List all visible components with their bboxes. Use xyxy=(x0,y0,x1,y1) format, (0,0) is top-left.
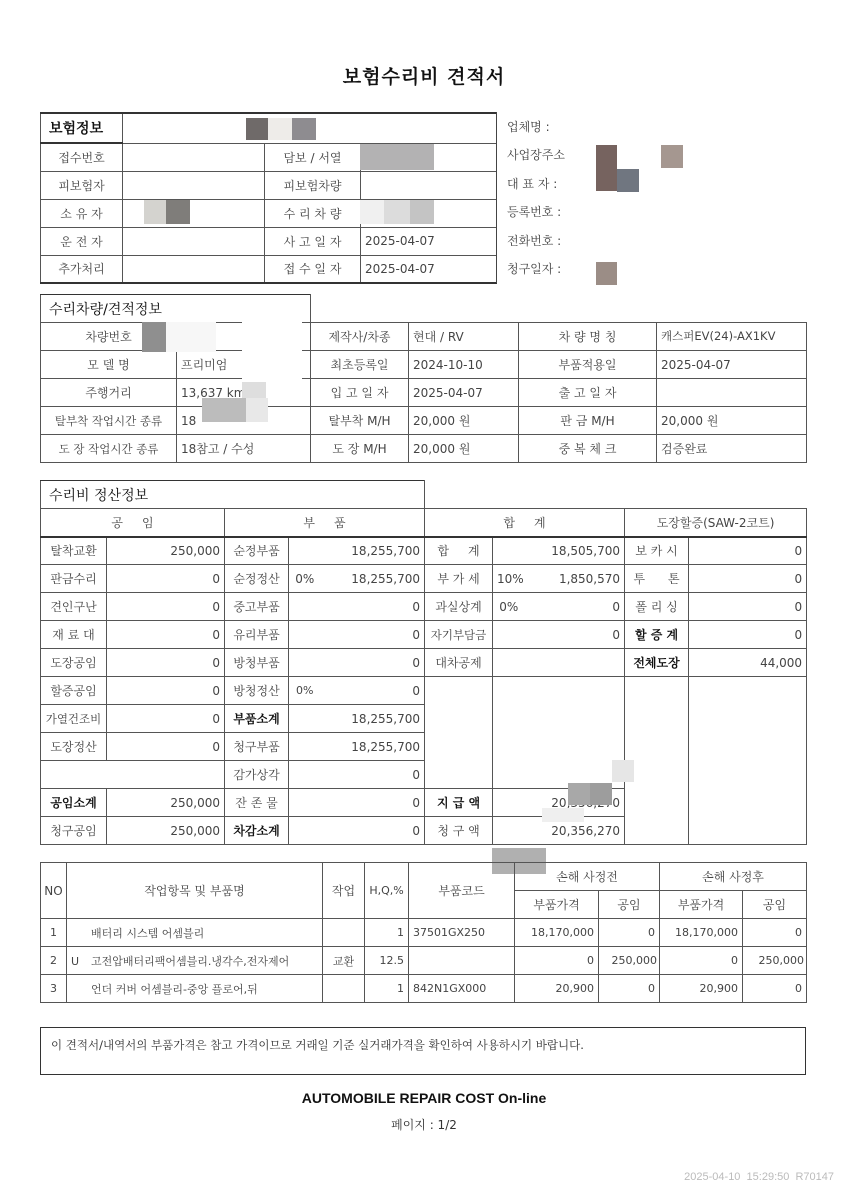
duplicate-check-value: 검증완료 xyxy=(657,435,807,463)
totals-rate: 0% xyxy=(493,593,525,621)
redaction-block xyxy=(144,200,166,224)
item-name: U고전압배터리팩어셈블리.냉각수,전자제어 xyxy=(67,947,323,975)
redaction-block xyxy=(360,144,434,170)
paint-value: 0 xyxy=(689,621,807,649)
totals-empty xyxy=(425,677,493,789)
item-name: 언더 커버 어셈블리-중앙 플로어,뒤 xyxy=(67,975,323,1003)
field-label: 접 수 일 자 xyxy=(265,255,361,283)
parts-value: 18,255,700 xyxy=(289,537,425,565)
item-before-labor: 0 xyxy=(599,975,660,1003)
paint-value: 44,000 xyxy=(689,649,807,677)
parts-label: 잔 존 물 xyxy=(225,789,289,817)
item-part-code: 37501GX250 xyxy=(409,919,515,947)
parts-label: 유리부품 xyxy=(225,621,289,649)
redaction-block xyxy=(661,145,683,168)
first-registration-value: 2024-10-10 xyxy=(409,351,519,379)
redaction-block xyxy=(384,200,410,224)
redaction-block xyxy=(142,322,166,352)
field-label: 피보험자 xyxy=(41,171,123,199)
item-before-labor: 250,000 xyxy=(599,947,660,975)
parts-label: 차감소계 xyxy=(225,817,289,845)
part-code-header: 부품코드 xyxy=(409,863,515,919)
labor-value: 0 xyxy=(107,593,225,621)
item-no: 2 xyxy=(41,947,67,975)
field-label: 사 고 일 자 xyxy=(265,227,361,255)
field-label: 제작사/차종 xyxy=(311,323,409,351)
parts-label: 방청정산 xyxy=(225,677,289,705)
insurance-row: 피보험자 피보험차량 xyxy=(41,171,497,199)
redaction-block xyxy=(590,783,612,805)
settlement-row: 재 료 대 0 유리부품 0 자기부담금 0 할 증 계 0 xyxy=(41,621,807,649)
item-before-part-price: 0 xyxy=(515,947,599,975)
claim-amount-label: 청 구 액 xyxy=(425,817,493,845)
totals-label: 대차공제 xyxy=(425,649,493,677)
field-label: 담보 / 서열 xyxy=(265,143,361,171)
parts-label: 감가상각 xyxy=(225,761,289,789)
parts-value: 0 xyxy=(289,789,425,817)
header-blank xyxy=(425,481,807,509)
insurance-row: 운 전 자 사 고 일 자 2025-04-07 xyxy=(41,227,497,255)
totals-label: 부 가 세 xyxy=(425,565,493,593)
field-label: 차 량 명 칭 xyxy=(519,323,657,351)
item-after-labor: 0 xyxy=(743,975,807,1003)
paint-label: 폴 리 싱 xyxy=(625,593,689,621)
print-timestamp: 2025-04-10 15:29:50 R70147 xyxy=(684,1171,834,1183)
item-after-labor: 250,000 xyxy=(743,947,807,975)
parts-value: 18,255,700 xyxy=(289,733,425,761)
paint-mh-value: 20,000 원 xyxy=(409,435,519,463)
paint-worktime-type-value: 18참고 / 수성 xyxy=(177,435,311,463)
labor-label: 재 료 대 xyxy=(41,621,107,649)
labor-label: 청구공임 xyxy=(41,817,107,845)
representative-label: 대 표 자 : xyxy=(497,169,807,198)
item-hq: 1 xyxy=(365,975,409,1003)
redaction-block xyxy=(202,398,246,422)
paint-label: 전체도장 xyxy=(625,649,689,677)
price-notice: 이 견적서/내역서의 부품가격은 참고 가격이므로 거래일 기준 실거래가격을 … xyxy=(40,1027,806,1075)
settlement-row: 판금수리 0 순정정산 0% 18,255,700 부 가 세 10% 1,85… xyxy=(41,565,807,593)
redaction-block xyxy=(166,200,190,224)
no-header: NO xyxy=(41,863,67,919)
field-label: 도 장 M/H xyxy=(311,435,409,463)
vehicle-row: 모 델 명 프리미엄 최초등록일 2024-10-10 부품적용일 2025-0… xyxy=(41,351,807,379)
parts-label: 청구부품 xyxy=(225,733,289,761)
totals-empty xyxy=(493,677,625,789)
field-label: 판 금 M/H xyxy=(519,407,657,435)
parts-value: 0 xyxy=(289,817,425,845)
labor-label: 가열건조비 xyxy=(41,705,107,733)
paint-surcharge-header: 도장할증(SAW-2코트) xyxy=(625,509,807,537)
item-after-labor: 0 xyxy=(743,919,807,947)
item-hq: 12.5 xyxy=(365,947,409,975)
paint-value: 0 xyxy=(689,537,807,565)
table-row: 3 언더 커버 어셈블리-중앙 플로어,뒤 1 842N1GX000 20,90… xyxy=(41,975,807,1003)
labor-label: 판금수리 xyxy=(41,565,107,593)
item-name-header: 작업항목 및 부품명 xyxy=(67,863,323,919)
maker-type-value: 현대 / RV xyxy=(409,323,519,351)
labor-label: 도장정산 xyxy=(41,733,107,761)
totals-value: 0 xyxy=(493,621,625,649)
field-label: 소 유 자 xyxy=(41,199,123,227)
totals-value: 0 xyxy=(525,593,625,621)
labor-label: 할증공임 xyxy=(41,677,107,705)
field-label: 입 고 일 자 xyxy=(311,379,409,407)
field-label: 수 리 차 량 xyxy=(265,199,361,227)
paint-label: 보 카 시 xyxy=(625,537,689,565)
before-part-price-header: 부품가격 xyxy=(515,891,599,919)
header-blank xyxy=(311,295,807,323)
labor-value: 0 xyxy=(107,621,225,649)
work-header: 작업 xyxy=(323,863,365,919)
paint-value: 0 xyxy=(689,593,807,621)
field-label: 중 복 체 크 xyxy=(519,435,657,463)
footer-brand: AUTOMOBILE REPAIR COST On-line xyxy=(0,1090,848,1106)
paint-empty xyxy=(625,677,689,845)
paint-empty xyxy=(689,677,807,845)
item-flag: U xyxy=(71,955,91,968)
labor-value: 0 xyxy=(107,677,225,705)
item-after-part-price: 0 xyxy=(660,947,743,975)
document-title: 보험수리비 견적서 xyxy=(0,62,848,89)
table-row: 2 U고전압배터리팩어셈블리.냉각수,전자제어 교환 12.5 0 250,00… xyxy=(41,947,807,975)
redaction-block xyxy=(596,262,617,285)
after-labor-header: 공임 xyxy=(743,891,807,919)
labor-value: 250,000 xyxy=(107,817,225,845)
field-label: 탈부착 M/H xyxy=(311,407,409,435)
parts-label: 방청부품 xyxy=(225,649,289,677)
field-label: 최초등록일 xyxy=(311,351,409,379)
parts-value: 0 xyxy=(289,593,425,621)
redaction-block xyxy=(360,200,384,224)
totals-label: 자기부담금 xyxy=(425,621,493,649)
registration-number-label: 등록번호 : xyxy=(497,198,807,227)
item-work xyxy=(323,919,365,947)
company-info-table: 업체명 : 사업장주소 대 표 자 : 등록번호 : 전화번호 : 청구일자 : xyxy=(496,112,807,283)
item-no: 1 xyxy=(41,919,67,947)
totals-value: 1,850,570 xyxy=(525,565,625,593)
driver-value xyxy=(123,227,265,255)
additional-process-value xyxy=(123,255,265,283)
before-adjust-header: 손해 사정전 xyxy=(515,863,660,891)
item-before-part-price: 18,170,000 xyxy=(515,919,599,947)
after-adjust-header: 손해 사정후 xyxy=(660,863,807,891)
item-work xyxy=(323,975,365,1003)
parts-value: 0 xyxy=(321,677,425,705)
field-label: 도 장 작업시간 종류 xyxy=(41,435,177,463)
item-part-code xyxy=(409,947,515,975)
business-address-label: 사업장주소 xyxy=(497,141,807,170)
vehicle-info-title: 수리차량/견적정보 xyxy=(41,295,311,323)
field-label: 부품적용일 xyxy=(519,351,657,379)
sheet-metal-mh-value: 20,000 원 xyxy=(657,407,807,435)
paint-label: 할 증 계 xyxy=(625,621,689,649)
parts-header: 부 품 xyxy=(225,509,425,537)
settlement-row: 도장공임 0 방청부품 0 대차공제 전체도장 44,000 xyxy=(41,649,807,677)
item-name-text: 고전압배터리팩어셈블리.냉각수,전자제어 xyxy=(91,955,289,968)
labor-value: 0 xyxy=(107,565,225,593)
parts-value: 18,255,700 xyxy=(321,565,425,593)
redaction-block xyxy=(542,808,584,822)
after-part-price-header: 부품가격 xyxy=(660,891,743,919)
totals-rate: 10% xyxy=(493,565,525,593)
item-part-code: 842N1GX000 xyxy=(409,975,515,1003)
item-name-text: 언더 커버 어셈블리-중앙 플로어,뒤 xyxy=(91,983,258,996)
totals-value xyxy=(493,649,625,677)
paint-value: 0 xyxy=(689,565,807,593)
redaction-block xyxy=(246,118,268,140)
receipt-date-value: 2025-04-07 xyxy=(361,255,497,283)
parts-label: 순정정산 xyxy=(225,565,289,593)
redaction-block xyxy=(268,118,292,140)
labor-label: 공임소계 xyxy=(41,789,107,817)
parts-label: 부품소계 xyxy=(225,705,289,733)
field-label: 모 델 명 xyxy=(41,351,177,379)
parts-label: 중고부품 xyxy=(225,593,289,621)
settlement-table: 수리비 정산정보 공 임 부 품 합 계 도장할증(SAW-2코트) 탈착교환 … xyxy=(40,480,807,845)
item-before-labor: 0 xyxy=(599,919,660,947)
table-row: 1 배터리 시스템 어셈블리 1 37501GX250 18,170,000 0… xyxy=(41,919,807,947)
vehicle-row: 도 장 작업시간 종류 18참고 / 수성 도 장 M/H 20,000 원 중… xyxy=(41,435,807,463)
redaction-block xyxy=(596,145,617,191)
field-label: 주행거리 xyxy=(41,379,177,407)
payment-amount-label: 지 급 액 xyxy=(425,789,493,817)
field-label: 추가처리 xyxy=(41,255,123,283)
settlement-row: 할증공임 0 방청정산 0% 0 xyxy=(41,677,807,705)
claim-date-label: 청구일자 : xyxy=(497,255,807,284)
vehicle-row: 주행거리 13,637 km 입 고 일 자 2025-04-07 출 고 일 … xyxy=(41,379,807,407)
item-no: 3 xyxy=(41,975,67,1003)
redaction-block xyxy=(242,322,302,382)
item-work: 교환 xyxy=(323,947,365,975)
page-indicator: 페이지 : 1/2 xyxy=(0,1116,848,1133)
redaction-block xyxy=(410,200,434,224)
field-label: 운 전 자 xyxy=(41,227,123,255)
parts-rate: 0% xyxy=(289,677,321,705)
item-name-text: 배터리 시스템 어셈블리 xyxy=(91,927,204,940)
redaction-block xyxy=(292,118,316,140)
vehicle-row: 탈부착 작업시간 종류 18 탈부착 M/H 20,000 원 판 금 M/H … xyxy=(41,407,807,435)
work-items-table: NO 작업항목 및 부품명 작업 H,Q,% 부품코드 손해 사정전 손해 사정… xyxy=(40,862,807,1003)
redaction-block xyxy=(617,169,639,192)
redaction-block xyxy=(612,760,634,782)
parts-value: 18,255,700 xyxy=(289,705,425,733)
parts-label: 순정부품 xyxy=(225,537,289,565)
item-after-part-price: 20,900 xyxy=(660,975,743,1003)
parts-value: 0 xyxy=(289,649,425,677)
labor-value: 250,000 xyxy=(107,789,225,817)
release-date-value xyxy=(657,379,807,407)
settlement-title: 수리비 정산정보 xyxy=(41,481,425,509)
receipt-number-value xyxy=(123,143,265,171)
accident-date-value: 2025-04-07 xyxy=(361,227,497,255)
settlement-row: 탈착교환 250,000 순정부품 18,255,700 합 계 18,505,… xyxy=(41,537,807,565)
paint-label: 투 톤 xyxy=(625,565,689,593)
insured-value xyxy=(123,171,265,199)
parts-rate: 0% xyxy=(289,565,321,593)
company-name-label: 업체명 : xyxy=(497,112,807,141)
parts-value: 0 xyxy=(289,761,425,789)
vehicle-info-table: 수리차량/견적정보 차량번호 제작사/차종 현대 / RV 차 량 명 칭 캐스… xyxy=(40,294,807,463)
totals-value: 18,505,700 xyxy=(493,537,625,565)
redaction-block xyxy=(246,398,268,422)
labor-label: 도장공임 xyxy=(41,649,107,677)
item-hq: 1 xyxy=(365,919,409,947)
field-label: 탈부착 작업시간 종류 xyxy=(41,407,177,435)
redaction-block xyxy=(568,783,590,805)
totals-label: 과실상계 xyxy=(425,593,493,621)
entry-date-value: 2025-04-07 xyxy=(409,379,519,407)
insured-vehicle-value xyxy=(361,171,497,199)
labor-value: 0 xyxy=(107,705,225,733)
parts-apply-date-value: 2025-04-07 xyxy=(657,351,807,379)
detach-mh-value: 20,000 원 xyxy=(409,407,519,435)
settlement-header-row: 공 임 부 품 합 계 도장할증(SAW-2코트) xyxy=(41,509,807,537)
labor-empty xyxy=(41,761,225,789)
item-after-part-price: 18,170,000 xyxy=(660,919,743,947)
labor-value: 0 xyxy=(107,733,225,761)
labor-label: 견인구난 xyxy=(41,593,107,621)
labor-header: 공 임 xyxy=(41,509,225,537)
field-label: 출 고 일 자 xyxy=(519,379,657,407)
hq-header: H,Q,% xyxy=(365,863,409,919)
redaction-block xyxy=(166,322,216,352)
totals-label: 합 계 xyxy=(425,537,493,565)
parts-value: 0 xyxy=(289,621,425,649)
insurance-info-title: 보험정보 xyxy=(41,113,123,143)
vehicle-name-value: 캐스퍼EV(24)-AX1KV xyxy=(657,323,807,351)
totals-header: 합 계 xyxy=(425,509,625,537)
insurance-row: 추가처리 접 수 일 자 2025-04-07 xyxy=(41,255,497,283)
field-label: 접수번호 xyxy=(41,143,123,171)
labor-value: 0 xyxy=(107,649,225,677)
item-name: 배터리 시스템 어셈블리 xyxy=(67,919,323,947)
field-label: 피보험차량 xyxy=(265,171,361,199)
before-labor-header: 공임 xyxy=(599,891,660,919)
settlement-row: 견인구난 0 중고부품 0 과실상계 0% 0 폴 리 싱 0 xyxy=(41,593,807,621)
phone-number-label: 전화번호 : xyxy=(497,226,807,255)
item-before-part-price: 20,900 xyxy=(515,975,599,1003)
labor-label: 탈착교환 xyxy=(41,537,107,565)
labor-value: 250,000 xyxy=(107,537,225,565)
